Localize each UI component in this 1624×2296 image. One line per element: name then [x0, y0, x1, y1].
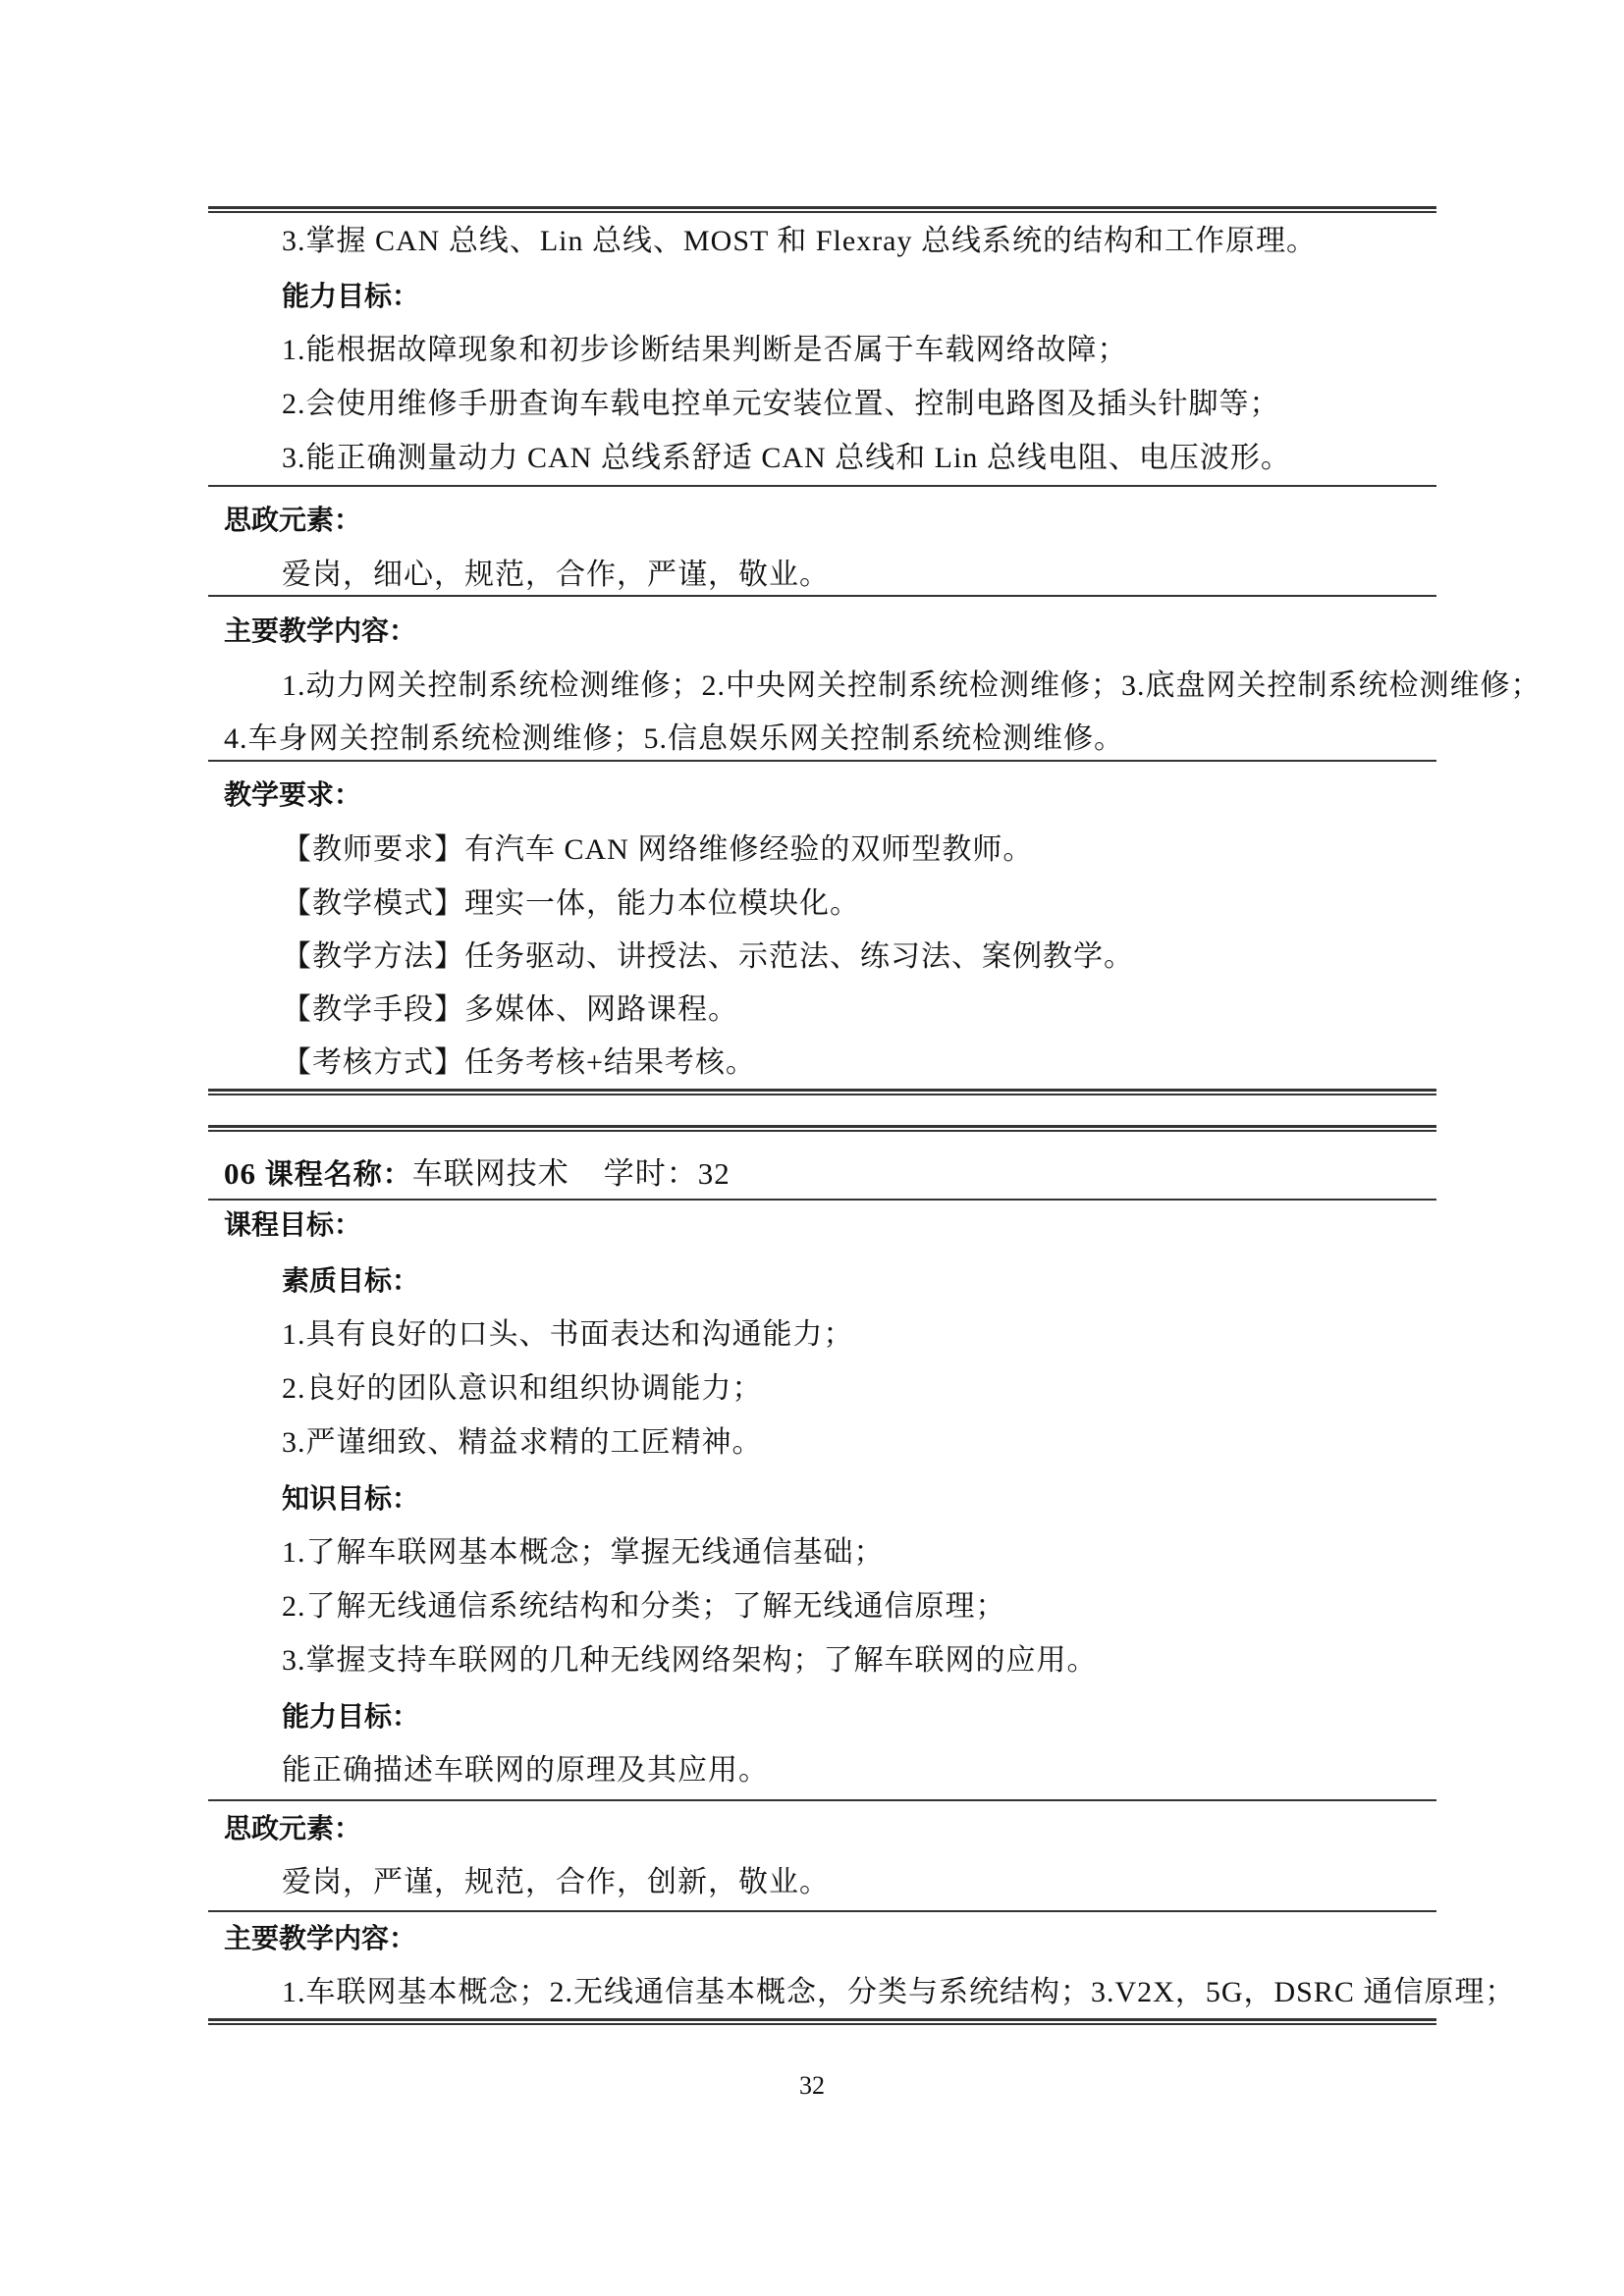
quality-goals-label: 素质目标： [282, 1263, 419, 1299]
quality-item: 2.良好的团队意识和组织协调能力； [282, 1371, 763, 1407]
teaching-content-line: 1.动力网关控制系统检测维修；2.中央网关控制系统检测维修；3.底盘网关控制系统… [282, 668, 1542, 704]
course-name-label: 课程名称： [265, 1157, 412, 1191]
row-divider [208, 760, 1436, 762]
ideology-text: 爱岗，严谨，规范，合作，创新，敬业。 [282, 1865, 830, 1900]
row-divider [208, 485, 1436, 487]
ability-item: 3.能正确测量动力 CAN 总线系舒适 CAN 总线和 Lin 总线电阻、电压波… [282, 441, 1291, 476]
row-divider [208, 1199, 1436, 1201]
ability-goals-label: 能力目标： [282, 279, 419, 314]
row-divider [208, 1910, 1436, 1912]
course-number: 06 [224, 1156, 256, 1191]
ability-item: 1.能根据故障现象和初步诊断结果判断是否属于车载网络故障； [282, 333, 1128, 368]
teaching-content-label: 主要教学内容： [224, 1921, 416, 1956]
table-bottom-double-rule [208, 2018, 1436, 2025]
row-divider [208, 595, 1436, 597]
course-name: 车联网技术 [412, 1156, 569, 1191]
ideology-label: 思政元素： [224, 1811, 361, 1846]
requirement-item: 【教师要求】有汽车 CAN 网络维修经验的双师型教师。 [282, 832, 1033, 868]
teaching-content-line: 4.车身网关控制系统检测维修；5.信息娱乐网关控制系统检测维修。 [224, 721, 1124, 757]
row-divider [208, 1799, 1436, 1801]
ability-item: 2.会使用维修手册查询车载电控单元安装位置、控制电路图及插头针脚等； [282, 387, 1280, 422]
requirement-item: 【教学方法】任务驱动、讲授法、示范法、练习法、案例教学。 [282, 939, 1134, 975]
knowledge-item: 3.掌握 CAN 总线、Lin 总线、MOST 和 Flexray 总线系统的结… [282, 224, 1317, 259]
table-top-double-rule [208, 206, 1436, 213]
knowledge-goals-label: 知识目标： [282, 1481, 419, 1517]
requirement-item: 【教学模式】理实一体，能力本位模块化。 [282, 886, 860, 922]
course-hours: 32 [698, 1156, 731, 1191]
ideology-text: 爱岗，细心，规范，合作，严谨，敬业。 [282, 558, 830, 593]
quality-item: 1.具有良好的口头、书面表达和沟通能力； [282, 1317, 854, 1353]
teaching-requirements-label: 教学要求： [224, 777, 361, 813]
ideology-label: 思政元素： [224, 503, 361, 538]
course-hours-label: 学时： [604, 1156, 698, 1191]
ability-goals-label: 能力目标： [282, 1699, 419, 1735]
table-bottom-double-rule [208, 1089, 1436, 1095]
document-page: 3.掌握 CAN 总线、Lin 总线、MOST 和 Flexray 总线系统的结… [0, 0, 1624, 2296]
table-top-double-rule [208, 1125, 1436, 1132]
course-title: 06 课程名称：车联网技术 学时：32 [224, 1156, 731, 1192]
quality-item: 3.严谨细致、精益求精的工匠精神。 [282, 1425, 763, 1461]
page-number: 32 [0, 2071, 1624, 2101]
knowledge-item: 2.了解无线通信系统结构和分类；了解无线通信原理； [282, 1589, 1006, 1625]
ability-text: 能正确描述车联网的原理及其应用。 [282, 1753, 769, 1789]
teaching-content-label: 主要教学内容： [224, 614, 416, 649]
requirement-item: 【考核方式】任务考核+结果考核。 [282, 1045, 756, 1081]
requirement-item: 【教学手段】多媒体、网路课程。 [282, 992, 738, 1028]
course-goals-label: 课程目标： [224, 1207, 361, 1243]
teaching-content-line: 1.车联网基本概念；2.无线通信基本概念，分类与系统结构；3.V2X，5G，DS… [282, 1975, 1515, 2010]
knowledge-item: 1.了解车联网基本概念；掌握无线通信基础； [282, 1535, 885, 1571]
knowledge-item: 3.掌握支持车联网的几种无线网络架构；了解车联网的应用。 [282, 1643, 1098, 1679]
